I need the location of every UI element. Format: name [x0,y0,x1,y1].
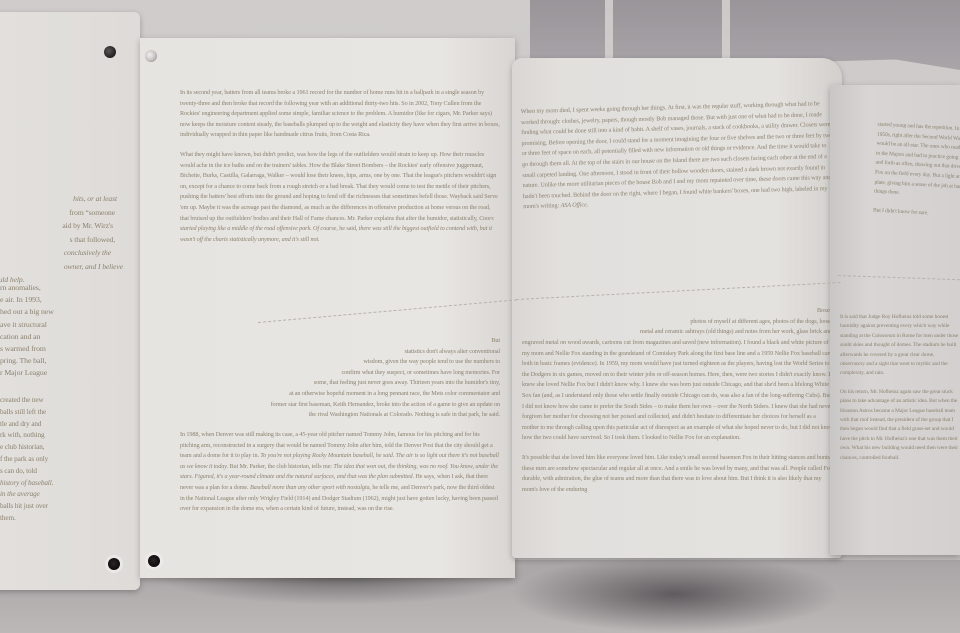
stanza-line: the rival Washington Nationals at Colora… [230,410,500,421]
italic-span: Baseball more than any other sport with … [250,484,371,491]
paragraph: It is said that Judge Roy Hofheinz told … [840,313,960,379]
text-line: s that followed, [0,233,133,247]
text-line: in the average [0,489,135,501]
section-label: But [230,336,500,347]
paragraph: engraved metal on wood awards, cartoons … [522,338,834,444]
text-line: tle and dry and [0,419,135,431]
text-line: conclusively the [0,246,133,260]
far-text-block-2: It is said that Judge Roy Hofheinz told … [840,313,960,472]
text-line: s can do, told [0,466,135,478]
paragraph: In 1988, when Denver was still making it… [180,430,500,515]
text-line: e air. In 1993, [0,294,135,306]
far-right-page: started young and has the repetition. In… [830,85,960,555]
text-line: rk with, nothing [0,430,135,442]
text-span: When my mom died, I spent weeks going th… [521,100,833,210]
text-line: pring. The ball, [0,355,135,367]
right-text-block: When my mom died, I spent weeks going th… [521,99,836,222]
text-line: f the park as only [0,454,135,466]
main-text-block: In its second year, batters from all tea… [180,88,500,254]
right-stanza: Boxes photos of myself at different ages… [572,306,832,338]
text-line: hits, or at least [0,192,133,206]
left-partial-page: hits, or at least from “someone aid by M… [0,12,140,590]
main-page: In its second year, batters from all tea… [140,38,515,578]
pushpin-icon [108,558,120,570]
text-line: created the new [0,395,135,407]
main-stanza: But statistics don't always alter conven… [230,336,500,421]
text-span: he said, [339,225,357,232]
stanza-line: wisdom, given the way people tend to use… [230,357,500,368]
text-span: But Mr. Parker, the club historian, tell… [229,463,331,470]
text-line: balls still left the [0,407,135,419]
text-line: ave it structural [0,319,135,331]
stanza-line: former star first baseman, Keith Hernand… [230,400,500,411]
stanza-line: photos of myself at different ages, phot… [572,317,832,328]
stanza-line: statistics don't always alter convention… [230,347,500,358]
pushpin-icon [145,50,157,62]
text-line: balls hit just over [0,501,135,513]
paragraph: What they might have known, but didn't p… [180,150,500,245]
text-line: hed out a big new [0,306,135,318]
stanza-line: metal and ceramic ashtrays (old things) … [572,327,832,338]
paragraph: It's possible that she loved him like ev… [522,453,834,495]
paragraph: But I didn't know for sure. [873,206,960,221]
main-text-block-2: In 1988, when Denver was still making it… [180,430,500,524]
text-line: e club historian, [0,442,135,454]
stanza-line: at an otherwise hopeful moment in a long… [230,389,500,400]
stanza-line: confirm what they suspect, or sometimes … [230,368,500,379]
left-text-top: hits, or at least from “someone aid by M… [0,192,133,287]
italic-span: ASA Office. [560,202,588,210]
page-shadow [510,555,840,633]
right-text-block-2: engraved metal on wood awards, cartoons … [522,338,834,504]
text-line: from “someone [0,206,133,220]
text-line: r Major League [0,367,135,379]
text-span: What they might have known, but didn't p… [180,151,498,222]
pushpin-icon [104,46,116,58]
paragraph: started young and has the repetition. In… [874,121,960,203]
far-text-block: started young and has the repetition. In… [872,121,960,230]
text-line: rn anomalies, [0,282,135,294]
left-text-bottom: created the new balls still left the tle… [0,395,135,525]
text-line: aid by Mr. Wirz's [0,219,133,233]
paragraph: On his return, Mr. Hofheinz again saw th… [840,388,960,463]
stanza-line: some, that feeling just never goes away.… [230,378,500,389]
text-line: s warmed from [0,343,135,355]
text-line: history of baseball. [0,478,135,490]
pushpin-icon [148,555,160,567]
right-page: When my mom died, I spent weeks going th… [512,58,842,558]
left-text-mid: rn anomalies, e air. In 1993, hed out a … [0,282,135,380]
paragraph: When my mom died, I spent weeks going th… [521,99,836,213]
text-line: them. [0,513,135,525]
text-line: owner, and I believe [0,260,133,274]
section-label: Boxes [572,306,832,317]
paragraph: In its second year, batters from all tea… [180,88,500,141]
text-line: cation and an [0,331,135,343]
